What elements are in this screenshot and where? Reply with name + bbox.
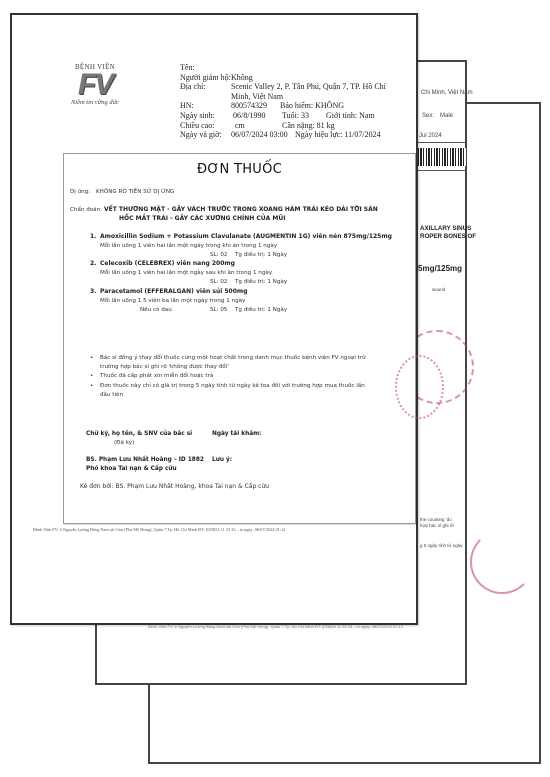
- guardian-label: Người giám hộ:: [180, 73, 231, 83]
- address-value: Scenic Valley 2, P. Tân Phú, Quận 7, TP.…: [231, 82, 386, 92]
- hn-label: HN:: [180, 101, 231, 111]
- mid-sex-label: Sex:: [422, 113, 434, 119]
- note-label: Lưu ý:: [212, 456, 232, 464]
- height-value: cm: [231, 121, 282, 131]
- med-duration: Tg điều trị: 1 Ngày: [235, 306, 287, 314]
- mid-notes-fragment: hợp bác sĩ ghi rõ: [420, 523, 454, 528]
- mid-note-fragment: wound: [432, 287, 445, 292]
- datetime-value: 06/07/2024 03:00: [231, 130, 295, 140]
- med-duration: Tg điều trị: 1 Ngày: [235, 278, 287, 286]
- fv-logo-icon: FV: [60, 71, 130, 99]
- revisit-label: Ngày tái khám:: [212, 430, 261, 438]
- diagnosis-line: HỐC MẮT TRÁI - GÃY CÁC XƯƠNG CHÍNH CỦA M…: [119, 215, 285, 223]
- med-number: 3.: [90, 288, 96, 296]
- doctor-name: BS. Phạm Lưu Nhất Hoàng – ID 1882: [86, 456, 204, 464]
- divider: [418, 142, 466, 143]
- mid-diagnosis-fragment: AXILLARY SINUS: [420, 225, 471, 232]
- med-name: Amoxicillin Sodium + Potassium Clavulana…: [100, 233, 392, 241]
- med-name: Celecoxib (CELEBREX) viên nang 200mg: [100, 260, 235, 268]
- barcode-icon: [418, 148, 466, 166]
- bullet-icon: •: [90, 372, 93, 380]
- hn-value: 800574329: [231, 101, 280, 111]
- age-value: Tuổi: 33: [282, 111, 326, 121]
- note-line: Đơn thuốc này chỉ có giá trị trong 5 ngà…: [100, 382, 365, 390]
- signed-label: (Đã ký): [114, 439, 134, 447]
- valid-until-value: Ngày hiệu lực: 11/07/2024: [295, 130, 381, 140]
- insurance-value: Bảo hiểm: KHÔNG: [280, 101, 344, 111]
- front-page-footer: Bệnh Viện FV: 6 Nguyễn Lương Bằng Nam sà…: [33, 527, 285, 532]
- sex-value: Giới tính: Nam: [326, 111, 375, 121]
- bullet-icon: •: [90, 382, 93, 390]
- mid-diagnosis-fragment: ROPER BONES OF: [420, 233, 476, 240]
- patient-info: Tên: Người giám hộ:Không Địa chỉ:Scenic …: [180, 63, 386, 140]
- med-instruction: Mỗi lần uống 1.5 viên ba lần một ngày tr…: [100, 297, 245, 305]
- med-instruction: Mỗi lần uống 1 viên hai lần một ngày tro…: [100, 242, 277, 250]
- hospital-logo: BỆNH VIỆN FV Niềm tin vững đức: [60, 63, 130, 106]
- guardian-value: Không: [231, 73, 253, 83]
- note-line: Thuốc đã cấp phát xin miễn đổi hoặc trả: [100, 372, 213, 380]
- weight-value: Cân nặng: 81 kg: [282, 121, 335, 131]
- dob-value: 06/8/1990: [231, 111, 282, 121]
- med-name: Paracetamol (EFFERALGAN) viên sủi 500mg: [100, 288, 247, 296]
- med-note: Nếu có đau: [140, 306, 172, 314]
- mid-date-fragment: Jul 2024: [419, 133, 442, 139]
- note-line: Bác sĩ đồng ý thay đổi thuốc cùng một ho…: [100, 354, 366, 362]
- datetime-label: Ngày và giờ:: [180, 130, 231, 140]
- med-instruction: Mỗi lần uống 1 viên hai lần một ngày sau…: [100, 269, 272, 277]
- prescribed-by: Kê đơn bởi: BS. Phạm Lưu Nhất Hoàng, kho…: [80, 483, 269, 491]
- mid-sex-value: Male: [440, 113, 453, 119]
- doctor-dept: Phó khoa Tai nạn & Cấp cứu: [86, 465, 177, 473]
- med-number: 1.: [90, 233, 96, 241]
- note-line: đầu tiên: [100, 391, 123, 399]
- med-qty: SL: 02: [210, 251, 227, 259]
- diagnosis-label: Chẩn đoán:: [70, 207, 102, 213]
- name-label: Tên:: [180, 63, 231, 73]
- diagnosis-line: VẾT THƯƠNG MẶT - GÃY VÁCH TRƯỚC TRONG XO…: [104, 206, 378, 214]
- note-line: trường hợp bác sĩ ghi rõ 'không được tha…: [100, 363, 229, 371]
- address-label: Địa chỉ:: [180, 82, 231, 92]
- signature-label: Chữ ký, họ tên, & SNV của bác sĩ: [86, 430, 192, 438]
- med-duration: Tg điều trị: 1 Ngày: [235, 251, 287, 259]
- dob-label: Ngày sinh:: [180, 111, 231, 121]
- mid-notes-fragment: g 5 ngày tính từ ngày: [420, 543, 463, 548]
- allergy-value: KHÔNG RÕ TIỀN SỬ DỊ ỨNG: [96, 189, 174, 195]
- allergy-label: Dị ứng:: [70, 189, 90, 195]
- hospital-slogan: Niềm tin vững đức: [60, 99, 130, 106]
- prescription-title: ĐƠN THUỐC: [64, 162, 415, 177]
- height-label: Chiều cao:: [180, 121, 231, 131]
- med-qty: SL: 02: [210, 278, 227, 286]
- bullet-icon: •: [90, 354, 93, 362]
- divider: [418, 170, 466, 171]
- red-seal-stamp-icon: [470, 530, 534, 594]
- mid-notes-fragment: the counting ‘do: [420, 517, 452, 522]
- mid-med-fragment: 5mg/125mg: [418, 264, 462, 273]
- prescription-box: ĐƠN THUỐC Dị ứng: KHÔNG RÕ TIỀN SỬ DỊ ỨN…: [63, 153, 416, 524]
- med-qty: SL: 05: [210, 306, 227, 314]
- med-number: 2.: [90, 260, 96, 268]
- address-value-cont: Minh, Việt Nam: [231, 92, 283, 102]
- mid-address-fragment: Chi Minh, Việt Nam: [421, 90, 473, 96]
- red-seal-stamp-icon: [395, 355, 444, 419]
